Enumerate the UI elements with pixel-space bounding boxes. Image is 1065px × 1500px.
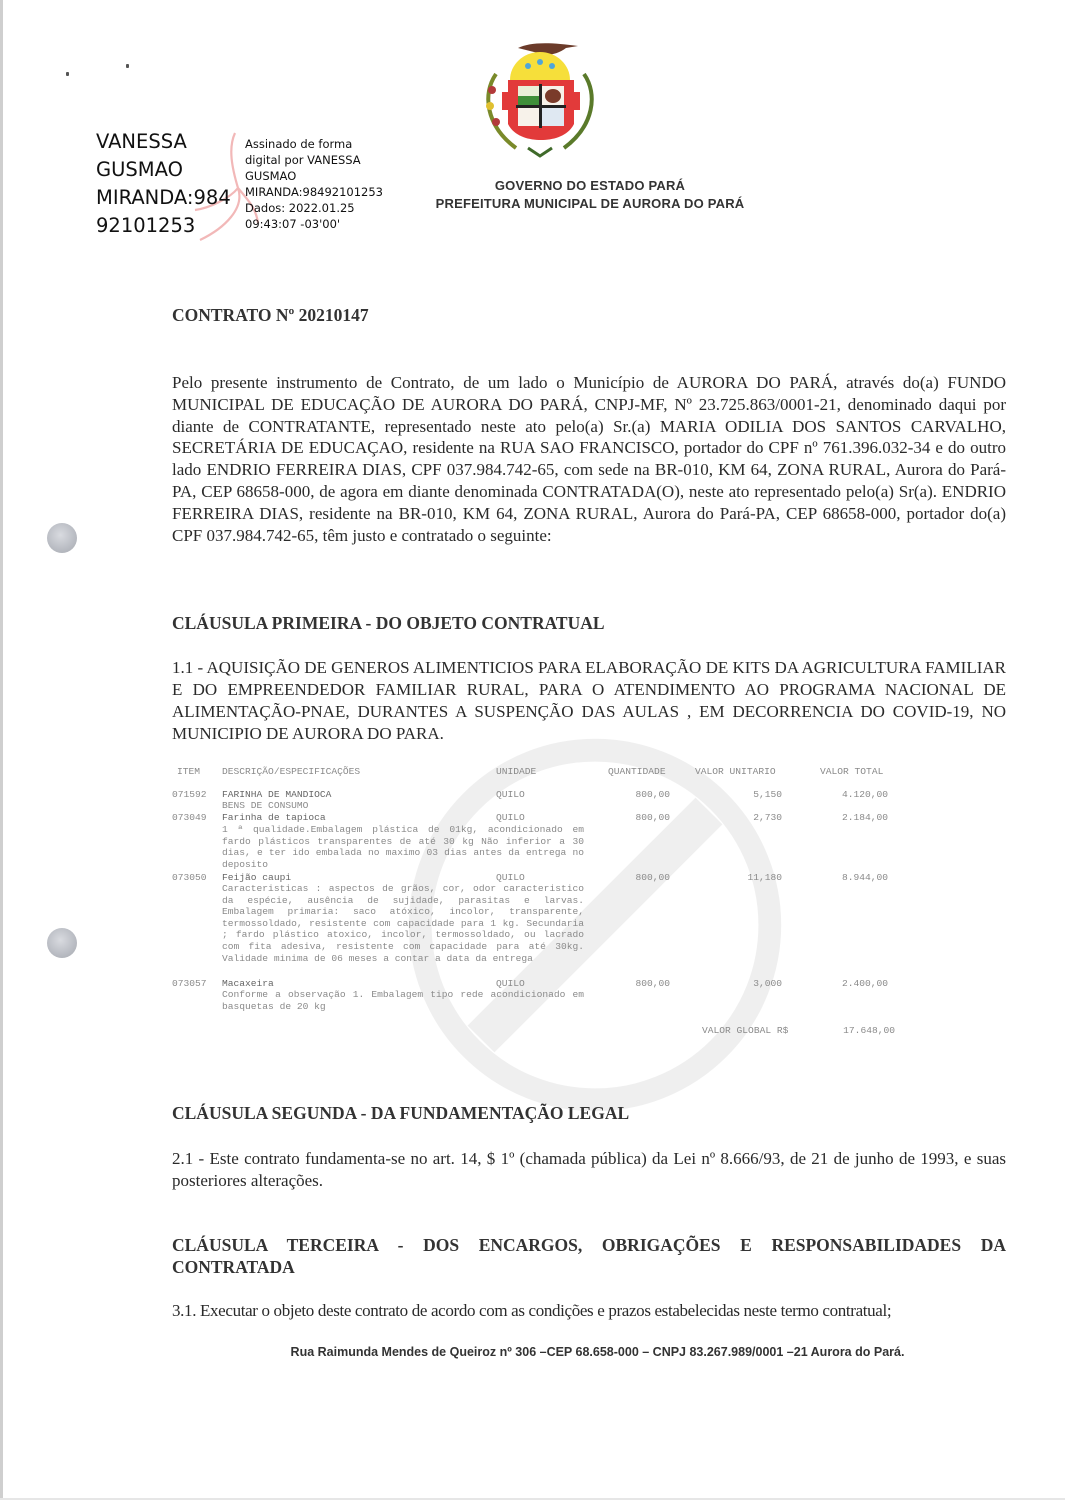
row-total: 2.400,00 (810, 978, 888, 990)
row-unit: QUILO (496, 789, 525, 801)
signature-detail-line: 09:43:07 -03'00' (245, 216, 383, 232)
coat-of-arms-icon (478, 40, 603, 162)
row-quantity: 800,00 (600, 789, 670, 801)
row-item-name: Feijão caupi (222, 872, 291, 884)
col-header-unit: UNIDADE (496, 766, 536, 778)
scan-speck (66, 72, 69, 76)
row-item-description: BENS DE CONSUMO (222, 800, 584, 812)
row-item-code: 071592 (172, 789, 207, 801)
signer-name-line: VANESSA (96, 128, 231, 156)
punch-hole-icon (47, 928, 77, 958)
row-unit: QUILO (496, 978, 525, 990)
row-item-description: 1 ª qualidade.Embalagem plástica de 01kg… (222, 824, 584, 870)
row-item-description: Conforme a observação 1. Embalagem tipo … (222, 989, 584, 1012)
scan-speck (126, 64, 129, 68)
row-quantity: 800,00 (600, 872, 670, 884)
row-total: 4.120,00 (810, 789, 888, 801)
clause-3-heading: CLÁUSULA TERCEIRA - DOS ENCARGOS, OBRIGA… (172, 1234, 1006, 1278)
footer-address: Rua Raimunda Mendes de Queiroz nº 306 –C… (0, 1345, 1065, 1359)
row-item-description: Caracteristicas : aspectos de grãos, cor… (222, 883, 584, 964)
col-header-quantity: QUANTIDADE (608, 766, 666, 778)
clause-3-text: 3.1. Executar o objeto deste contrato de… (172, 1300, 1006, 1322)
row-item-code: 073050 (172, 872, 207, 884)
row-unit-price: 2,730 (710, 812, 782, 824)
signature-detail-line: digital por VANESSA (245, 152, 383, 168)
contract-title: CONTRATO Nº 20210147 (172, 305, 369, 326)
row-item-code: 073057 (172, 978, 207, 990)
row-item-name: Macaxeira (222, 978, 274, 990)
row-quantity: 800,00 (600, 812, 670, 824)
global-value-label: VALOR GLOBAL R$ (702, 1025, 788, 1037)
row-total: 8.944,00 (810, 872, 888, 884)
clause-1-heading: CLÁUSULA PRIMEIRA - DO OBJETO CONTRATUAL (172, 612, 1006, 634)
row-unit-price: 3,000 (710, 978, 782, 990)
clause-2-text: 2.1 - Este contrato fundamenta-se no art… (172, 1148, 1006, 1192)
signature-detail-line: Assinado de forma (245, 136, 383, 152)
row-item-code: 073049 (172, 812, 207, 824)
clause-2-heading: CLÁUSULA SEGUNDA - DA FUNDAMENTAÇÃO LEGA… (172, 1102, 1006, 1124)
header-government-line: GOVERNO DO ESTADO PARÁ (0, 178, 1065, 193)
header-prefecture-line: PREFEITURA MUNICIPAL DE AURORA DO PARÁ (0, 196, 1065, 211)
global-value: 17.648,00 (815, 1025, 895, 1037)
row-item-name: Farinha de tapioca (222, 812, 326, 824)
clause-1-text: 1.1 - AQUISIÇÃO DE GENEROS ALIMENTICIOS … (172, 657, 1006, 745)
row-unit: QUILO (496, 872, 525, 884)
row-item-name: FARINHA DE MANDIOCA (222, 789, 331, 801)
col-header-unit-price: VALOR UNITARIO (695, 766, 776, 778)
punch-hole-icon (47, 523, 77, 553)
row-total: 2.184,00 (810, 812, 888, 824)
row-unit-price: 11,180 (710, 872, 782, 884)
signer-name-line: 92101253 (96, 212, 231, 240)
row-unit: QUILO (496, 812, 525, 824)
row-unit-price: 5,150 (710, 789, 782, 801)
col-header-total: VALOR TOTAL (820, 766, 883, 778)
col-header-description: DESCRIÇÃO/ESPECIFICAÇÕES (222, 766, 360, 778)
contract-intro-paragraph: Pelo presente instrumento de Contrato, d… (172, 372, 1006, 546)
row-quantity: 800,00 (600, 978, 670, 990)
scan-page-edge (0, 0, 3, 1500)
col-header-item: ITEM (177, 766, 200, 778)
